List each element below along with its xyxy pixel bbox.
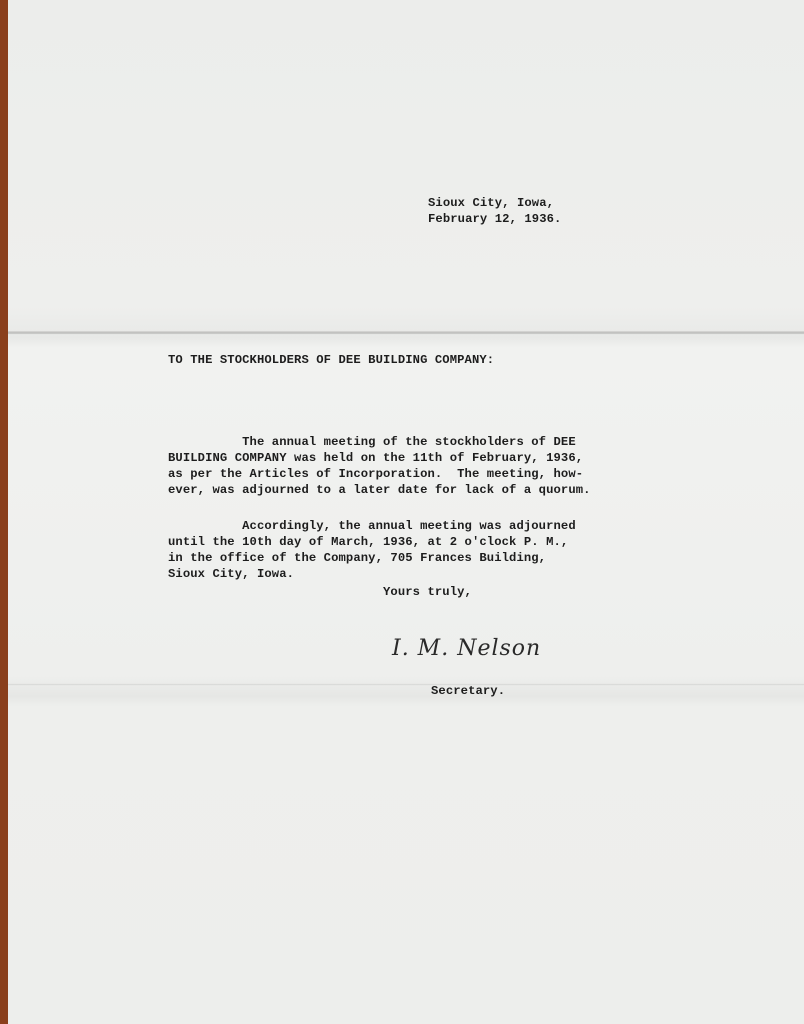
paper-fold-lower xyxy=(8,683,804,686)
signer-title: Secretary. xyxy=(431,683,505,699)
salutation: TO THE STOCKHOLDERS OF DEE BUILDING COMP… xyxy=(168,352,494,368)
paragraph-line: ever, was adjourned to a later date for … xyxy=(168,482,591,498)
paragraph-line: as per the Articles of Incorporation. Th… xyxy=(168,466,591,482)
paragraph-line: Sioux City, Iowa. xyxy=(168,566,576,582)
closing: Yours truly, xyxy=(383,584,472,600)
paragraph-line: until the 10th day of March, 1936, at 2 … xyxy=(168,534,576,550)
handwritten-signature: I. M. Nelson xyxy=(392,636,541,661)
paragraph-line: Accordingly, the annual meeting was adjo… xyxy=(168,518,576,534)
place-and-date: Sioux City, Iowa,February 12, 1936. xyxy=(428,195,561,227)
paragraph-line: BUILDING COMPANY was held on the 11th of… xyxy=(168,450,591,466)
paper-fold-upper xyxy=(8,331,804,335)
place-line: Sioux City, Iowa, xyxy=(428,195,561,211)
paragraph-1: The annual meeting of the stockholders o… xyxy=(168,418,591,514)
paragraph-2: Accordingly, the annual meeting was adjo… xyxy=(168,502,576,598)
date-line: February 12, 1936. xyxy=(428,211,561,227)
paragraph-line: in the office of the Company, 705 France… xyxy=(168,550,576,566)
paragraph-line: The annual meeting of the stockholders o… xyxy=(168,434,591,450)
